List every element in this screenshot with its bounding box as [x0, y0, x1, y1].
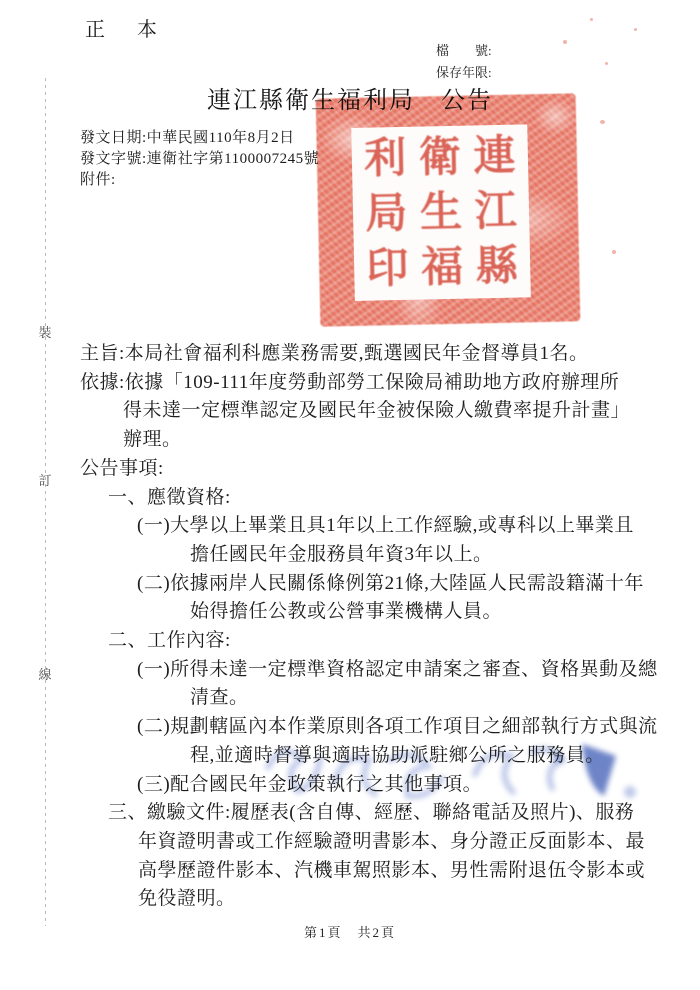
body-line: 程,並適時督導與適時協助派駐鄉公所之服務員。 [190, 740, 605, 767]
seal-column: 利局印 [357, 131, 415, 297]
body-line: 辦理。 [123, 424, 182, 451]
ink-speckle [612, 250, 616, 254]
seal-character: 縣 [475, 239, 518, 294]
page-number-footer: 第1頁 共2頁 [0, 922, 700, 941]
seal-character: 江 [474, 184, 517, 239]
body-line: (二)規劃轄區內本作業原則各項工作項目之細部執行方式與流 [137, 711, 658, 738]
issue-date-line: 發文日期:中華民國110年8月2日 [80, 128, 319, 149]
seal-character: 福 [421, 240, 464, 295]
seal-character: 衛 [418, 130, 461, 185]
body-line: (一)大學以上畢業且具1年以上工作經驗,或專科以上畢業且 [137, 510, 634, 537]
document-body: 主旨:本局社會福利科應業務需要,甄選國民年金督導員1名。依據:依據「109-11… [0, 338, 700, 918]
official-red-seal: 連江縣衛生福利局印 [316, 93, 581, 326]
body-line: 免役證明。 [138, 883, 236, 910]
seal-character: 生 [419, 185, 462, 240]
doc-number-line: 發文字號:連衛社字第1100007245號 [80, 149, 319, 170]
body-line: 三、繳驗文件:履歷表(含自傳、經歷、聯絡電話及照片)、服務 [108, 797, 634, 824]
ink-speckle [605, 62, 608, 65]
seal-character: 印 [366, 241, 409, 296]
seal-column: 衛生福 [412, 130, 470, 296]
ink-speckle [634, 28, 637, 31]
attachment-line: 附件: [80, 170, 319, 191]
file-number-block: 檔 號: 保存年限: [436, 40, 492, 84]
body-line: 二、工作內容: [108, 625, 231, 652]
body-line: 公告事項: [80, 453, 164, 480]
body-line: 高學歷證件影本、汽機車駕照影本、男性需附退伍令影本或 [138, 855, 645, 882]
seal-character: 連 [473, 129, 516, 184]
ink-speckle [590, 18, 593, 21]
body-line: 得未達一定標準認定及國民年金被保險人繳費率提升計畫」 [123, 395, 630, 422]
body-line: 一、應徵資格: [108, 482, 231, 509]
body-line: 主旨:本局社會福利科應業務需要,甄選國民年金督導員1名。 [80, 338, 589, 365]
body-line: (三)配合國民年金政策執行之其他事項。 [137, 769, 482, 796]
ink-speckle [563, 40, 567, 44]
body-line: 清查。 [190, 682, 249, 709]
body-line: 始得擔任公教或公營事業機構人員。 [190, 596, 502, 623]
seal-grid: 連江縣衛生福利局印 [351, 124, 531, 301]
document-meta: 發文日期:中華民國110年8月2日 發文字號:連衛社字第1100007245號 … [80, 128, 319, 191]
body-line: (一)所得未達一定標準資格認定申請案之審查、資格異動及總 [137, 654, 658, 681]
body-line: (二)依據兩岸人民關係條例第21條,大陸區人民需設籍滿十年 [137, 568, 644, 595]
seal-character: 利 [364, 131, 407, 186]
file-number-label: 檔 號: [436, 40, 492, 62]
body-line: 擔任國民年金服務員年資3年以上。 [190, 539, 493, 566]
seal-character: 局 [365, 186, 408, 241]
original-copy-label: 正 本 [85, 13, 163, 42]
body-line: 年資證明書或工作經驗證明書影本、身分證正反面影本、最 [138, 826, 645, 853]
ink-speckle [600, 120, 605, 124]
scanned-document-page: 裝 訂 線 正 本 檔 號: 保存年限: 連江縣衛生福利局 公告 發文日期:中華… [0, 0, 700, 990]
seal-column: 連江縣 [467, 128, 525, 294]
body-line: 依據:依據「109-111年度勞動部勞工保險局補助地方政府辦理所 [80, 367, 619, 394]
